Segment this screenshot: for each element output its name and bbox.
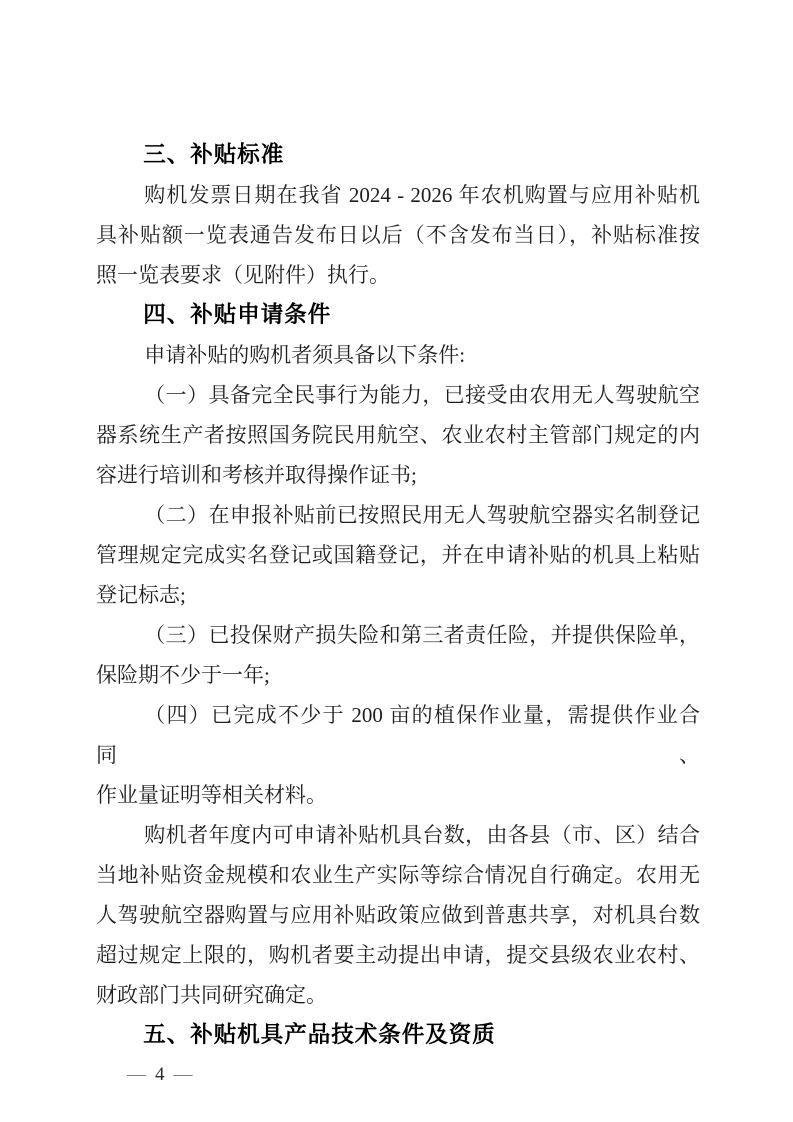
footer-dash: — bbox=[174, 1064, 193, 1085]
paragraph-line: 申请补贴的购机者须具备以下条件: bbox=[96, 335, 700, 375]
paragraph-line: 当地补贴资金规模和农业生产实际等综合情况自行确定。农用无 bbox=[96, 855, 700, 895]
condition-1-line: 容进行培训和考核并取得操作证书; bbox=[96, 455, 700, 495]
condition-2-line: 管理规定完成实名登记或国籍登记，并在申请补贴的机具上粘贴 bbox=[96, 535, 700, 575]
page-number: —4— bbox=[127, 1055, 700, 1095]
paragraph-line: 人驾驶航空器购置与应用补贴政策应做到普惠共享，对机具台数 bbox=[96, 895, 700, 935]
condition-1-line: （一）具备完全民事行为能力，已接受由农用无人驾驶航空 bbox=[96, 375, 700, 415]
paragraph-line: 照一览表要求（见附件）执行。 bbox=[96, 255, 700, 295]
paragraph-line: 财政部门共同研究确定。 bbox=[96, 975, 700, 1015]
footer-page-number: 4 bbox=[146, 1064, 174, 1085]
heading-application-conditions: 四、补贴申请条件 bbox=[96, 295, 700, 335]
condition-1-line: 器系统生产者按照国务院民用航空、农业农村主管部门规定的内 bbox=[96, 415, 700, 455]
paragraph-line: 购机者年度内可申请补贴机具台数，由各县（市、区）结合 bbox=[96, 815, 700, 855]
condition-4-line: （四）已完成不少于 200 亩的植保作业量，需提供作业合同、 bbox=[96, 695, 700, 775]
heading-product-technical-conditions: 五、补贴机具产品技术条件及资质 bbox=[96, 1015, 700, 1055]
document-page: 三、补贴标准 购机发票日期在我省 2024 - 2026 年农机购置与应用补贴机… bbox=[0, 0, 793, 1122]
paragraph-line: 具补贴额一览表通告发布日以后（不含发布当日），补贴标准按 bbox=[96, 215, 700, 255]
footer-dash: — bbox=[127, 1064, 146, 1085]
paragraph-line: 超过规定上限的，购机者要主动提出申请，提交县级农业农村、 bbox=[96, 935, 700, 975]
condition-3-line: （三）已投保财产损失险和第三者责任险，并提供保险单， bbox=[96, 615, 700, 655]
paragraph-line: 购机发票日期在我省 2024 - 2026 年农机购置与应用补贴机 bbox=[96, 175, 700, 215]
condition-2-line: 登记标志; bbox=[96, 575, 700, 615]
heading-subsidy-standard: 三、补贴标准 bbox=[96, 135, 700, 175]
condition-3-line: 保险期不少于一年; bbox=[96, 655, 700, 695]
condition-4-line: 作业量证明等相关材料。 bbox=[96, 775, 700, 815]
condition-2-line: （二）在申报补贴前已按照民用无人驾驶航空器实名制登记 bbox=[96, 495, 700, 535]
